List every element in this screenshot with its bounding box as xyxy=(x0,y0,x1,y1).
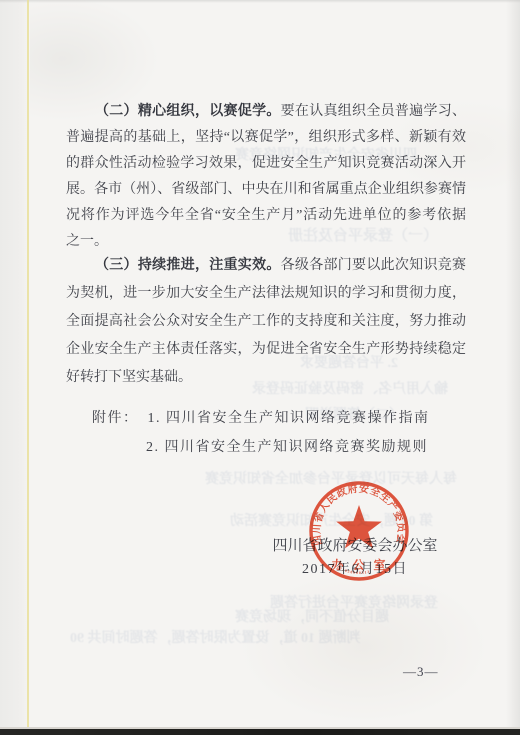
bleedthrough-line: 判断题 10 道，设置为限时答题，答题时间共 90 xyxy=(70,627,361,647)
paragraph-3-heading: （三）持续推进，注重实效。 xyxy=(95,258,281,273)
paragraph-3-line-2: 为契机，进一步加大安全生产法律法规知识的学习和贯彻力度， xyxy=(66,280,466,308)
paragraph-2-line-3: 的群众性活动检验学习效果，促进安全生产知识竞赛活动深入开 xyxy=(66,151,466,177)
attachment-list: 附件：1. 四川省安全生产知识网络竞赛操作指南 2. 四川省安全生产知识网络竞赛… xyxy=(92,404,430,462)
paragraph-2-line-2: 普遍提高的基础上，坚持“以赛促学”，组织形式多样、新颖有效 xyxy=(66,125,466,151)
paragraph-2-heading: （二）精心组织，以赛促学。 xyxy=(95,104,281,119)
attachment-item-1: 附件：1. 四川省安全生产知识网络竞赛操作指南 xyxy=(92,404,430,433)
paragraph-2-line-4: 展。各市（州）、省级部门、中央在川和省属重点企业组织参赛情 xyxy=(66,177,466,203)
paragraph-3-line-4: 企业安全生产主体责任落实，为促进全省安全生产形势持续稳定 xyxy=(66,336,466,364)
paragraph-2-text: 要在认真组织全员普遍学习、 xyxy=(281,104,466,119)
paragraph-3-line-5: 好转打下坚实基础。 xyxy=(66,364,466,392)
paragraph-2-line-1: （二）精心组织，以赛促学。要在认真组织全员普遍学习、 xyxy=(66,99,466,125)
paragraph-3-line-3: 全面提高社会公众对安全生产工作的支持度和关注度，努力推动 xyxy=(66,308,466,336)
left-edge-shading xyxy=(0,0,30,735)
attachment-item-1-text: 1. 四川省安全生产知识网络竞赛操作指南 xyxy=(148,411,430,426)
paragraph-3-line-1: （三）持续推进，注重实效。各级各部门要以此次知识竞赛 xyxy=(66,252,466,280)
bleedthrough-line: 题目分值不同，现场竞赛 xyxy=(235,606,389,626)
paragraph-2-line-5: 况将作为评选今年全省“安全生产月”活动先进单位的参考依据 xyxy=(66,203,466,229)
page-fold-line xyxy=(27,0,29,729)
page-number: —3— xyxy=(403,664,439,680)
attachment-item-2: 2. 四川省安全生产知识网络竞赛奖励规则 xyxy=(92,433,430,462)
scan-edge xyxy=(0,729,520,735)
attachment-label: 附件： xyxy=(92,411,139,426)
right-edge-shading xyxy=(506,0,520,735)
official-seal: 四川省人民政府安全生产委员会 办公室 5101050000313 xyxy=(306,478,412,584)
top-edge-shading xyxy=(0,0,520,3)
scanned-document-page: 四川省安全生产知识网络竞赛 （一）登录平台及注册 2. 平台答题要求 输入用户名… xyxy=(0,0,520,735)
paragraph-2: （二）精心组织，以赛促学。要在认真组织全员普遍学习、 普遍提高的基础上，坚持“以… xyxy=(66,99,466,255)
paragraph-3: （三）持续推进，注重实效。各级各部门要以此次知识竞赛 为契机，进一步加大安全生产… xyxy=(66,252,466,392)
paragraph-3-text: 各级各部门要以此次知识竞赛 xyxy=(281,258,466,273)
seal-star-icon xyxy=(336,505,382,548)
